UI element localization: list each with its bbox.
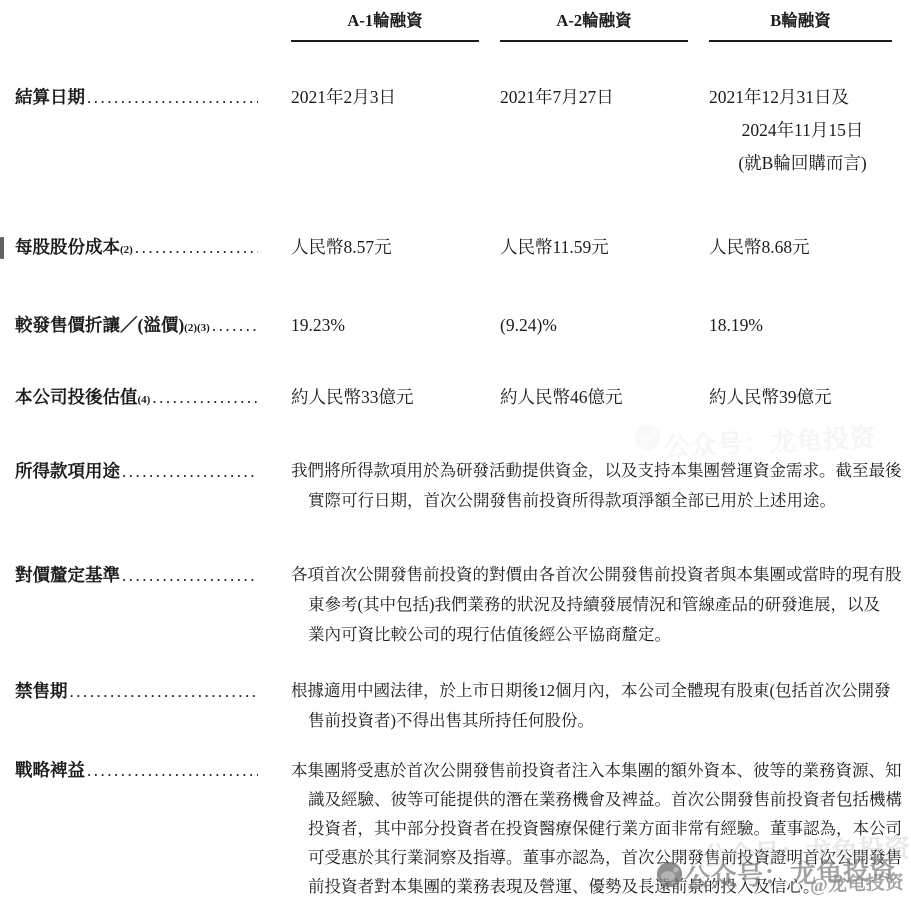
paragraph-strategic-benefits: 本集團將受惠於首次公開發售前投資者注入本集團的額外資本、彼等的業務資源、知識及經… bbox=[291, 756, 902, 900]
text-line: 前投資者對本集團的業務表現及營運、優勢及長遠前景的投入及信心。 bbox=[291, 872, 902, 900]
table-row-post-money-valuation: 本公司投後估值(4) .............................… bbox=[15, 384, 896, 411]
leader-dots: ........................................… bbox=[87, 756, 258, 785]
table-row-use-of-proceeds: 所得款項用途 .................................… bbox=[15, 456, 896, 516]
table-header-row: A-1輪融資 A-2輪融資 B輪融資 bbox=[15, 10, 896, 42]
row-label-settlement-date: 結算日期 ...................................… bbox=[15, 84, 291, 183]
table-row-strategic-benefits: 戰略裨益 ...................................… bbox=[15, 756, 896, 900]
value-discount-a1: 19.23% bbox=[291, 312, 500, 339]
column-header-a2-round: A-2輪融資 bbox=[500, 10, 688, 42]
text-line: 實際可行日期，首次公開發售前投資所得款項淨額全部已用於上述用途。 bbox=[291, 486, 902, 516]
text-line: 東參考(其中包括)我們業務的狀況及持續發展情況和管線產品的研發進展，以及 bbox=[291, 590, 902, 620]
column-header-b-round: B輪融資 bbox=[709, 10, 892, 42]
turtle-logo-icon bbox=[633, 423, 662, 452]
value-discount-a2: (9.24)% bbox=[500, 312, 709, 339]
scan-artifact bbox=[0, 237, 4, 259]
row-label-strategic-benefits: 戰略裨益 ...................................… bbox=[15, 756, 291, 900]
table-row-cost-per-share: 每股股份成本(2) ..............................… bbox=[15, 234, 896, 261]
text-line: 投資者，其中部分投資者在投資醫療保健行業方面非常有經驗。董事認為，本公司 bbox=[291, 814, 902, 843]
leader-dots: ........................................… bbox=[87, 85, 258, 111]
value-cost-b: 人民幣8.68元 bbox=[709, 234, 896, 261]
text-line: (就B輪回購而言) bbox=[709, 150, 896, 176]
paragraph-use-of-proceeds: 我們將所得款項用於為研發活動提供資金，以及支持本集團營運資金需求。截至最後實際可… bbox=[291, 456, 902, 516]
row-label-use-of-proceeds: 所得款項用途 .................................… bbox=[15, 456, 291, 516]
value-discount-b: 18.19% bbox=[709, 312, 896, 339]
leader-dots: ........................................… bbox=[122, 457, 258, 487]
value-valuation-a1: 約人民幣33億元 bbox=[291, 384, 500, 411]
value-settlement-b: 2021年12月31日及2024年11月15日(就B輪回購而言) bbox=[709, 84, 896, 183]
row-label-basis-of-consideration: 對價釐定基準 .................................… bbox=[15, 560, 291, 650]
value-cost-a1: 人民幣8.57元 bbox=[291, 234, 500, 261]
column-header-a1-round: A-1輪融資 bbox=[291, 10, 479, 42]
row-label-cost-per-share: 每股股份成本(2) ..............................… bbox=[15, 234, 291, 261]
table-row-settlement-date: 結算日期 ...................................… bbox=[15, 84, 896, 183]
text-line: 各項首次公開發售前投資的對價由各首次公開發售前投資者與本集團或當時的現有股 bbox=[291, 560, 902, 590]
row-label-lock-up: 禁售期 ....................................… bbox=[15, 676, 291, 736]
text-line: 2024年11月15日 bbox=[709, 117, 896, 143]
leader-dots: ........................................… bbox=[70, 677, 259, 707]
text-line: 業內可資比較公司的現行估值後經公平協商釐定。 bbox=[291, 620, 902, 650]
value-cost-a2: 人民幣11.59元 bbox=[500, 234, 709, 261]
paragraph-lock-up: 根據適用中國法律，於上市日期後12個月內，本公司全體現有股東(包括首次公開發售前… bbox=[291, 676, 896, 736]
row-label-post-money-valuation: 本公司投後估值(4) .............................… bbox=[15, 384, 291, 411]
value-valuation-a2: 約人民幣46億元 bbox=[500, 384, 709, 411]
text-line: 識及經驗、彼等可能提供的潛在業務機會及裨益。首次公開發售前投資者包括機構 bbox=[291, 785, 902, 814]
leader-dots: ........................................… bbox=[152, 385, 258, 411]
row-label-discount-premium: 較發售價折讓／(溢價)(2)(3) ......................… bbox=[15, 312, 291, 339]
text-line: 根據適用中國法律，於上市日期後12個月內，本公司全體現有股東(包括首次公開發 bbox=[291, 676, 896, 706]
value-settlement-a2: 2021年7月27日 bbox=[500, 84, 709, 183]
table-row-basis-of-consideration: 對價釐定基準 .................................… bbox=[15, 560, 896, 650]
value-settlement-a1: 2021年2月3日 bbox=[291, 84, 500, 183]
paragraph-basis-of-consideration: 各項首次公開發售前投資的對價由各首次公開發售前投資者與本集團或當時的現有股東參考… bbox=[291, 560, 902, 650]
leader-dots: ........................................… bbox=[212, 313, 258, 339]
text-line: 售前投資者)不得出售其所持任何股份。 bbox=[291, 706, 896, 736]
text-line: 可受惠於其行業洞察及指導。董事亦認為，首次公開發售前投資證明首次公開發售 bbox=[291, 843, 902, 872]
header-spacer bbox=[15, 10, 291, 42]
table-row-lock-up: 禁售期 ....................................… bbox=[15, 676, 896, 736]
prospectus-page: A-1輪融資 A-2輪融資 B輪融資 結算日期 ................… bbox=[0, 0, 911, 900]
text-line: 2021年12月31日及 bbox=[709, 84, 896, 110]
text-line: 我們將所得款項用於為研發活動提供資金，以及支持本集團營運資金需求。截至最後 bbox=[291, 456, 902, 486]
text-line: 本集團將受惠於首次公開發售前投資者注入本集團的額外資本、彼等的業務資源、知 bbox=[291, 756, 902, 785]
leader-dots: ........................................… bbox=[122, 561, 258, 591]
leader-dots: ........................................… bbox=[135, 235, 258, 261]
value-valuation-b: 約人民幣39億元 bbox=[709, 384, 896, 411]
table-row-discount-premium: 較發售價折讓／(溢價)(2)(3) ......................… bbox=[15, 312, 896, 339]
